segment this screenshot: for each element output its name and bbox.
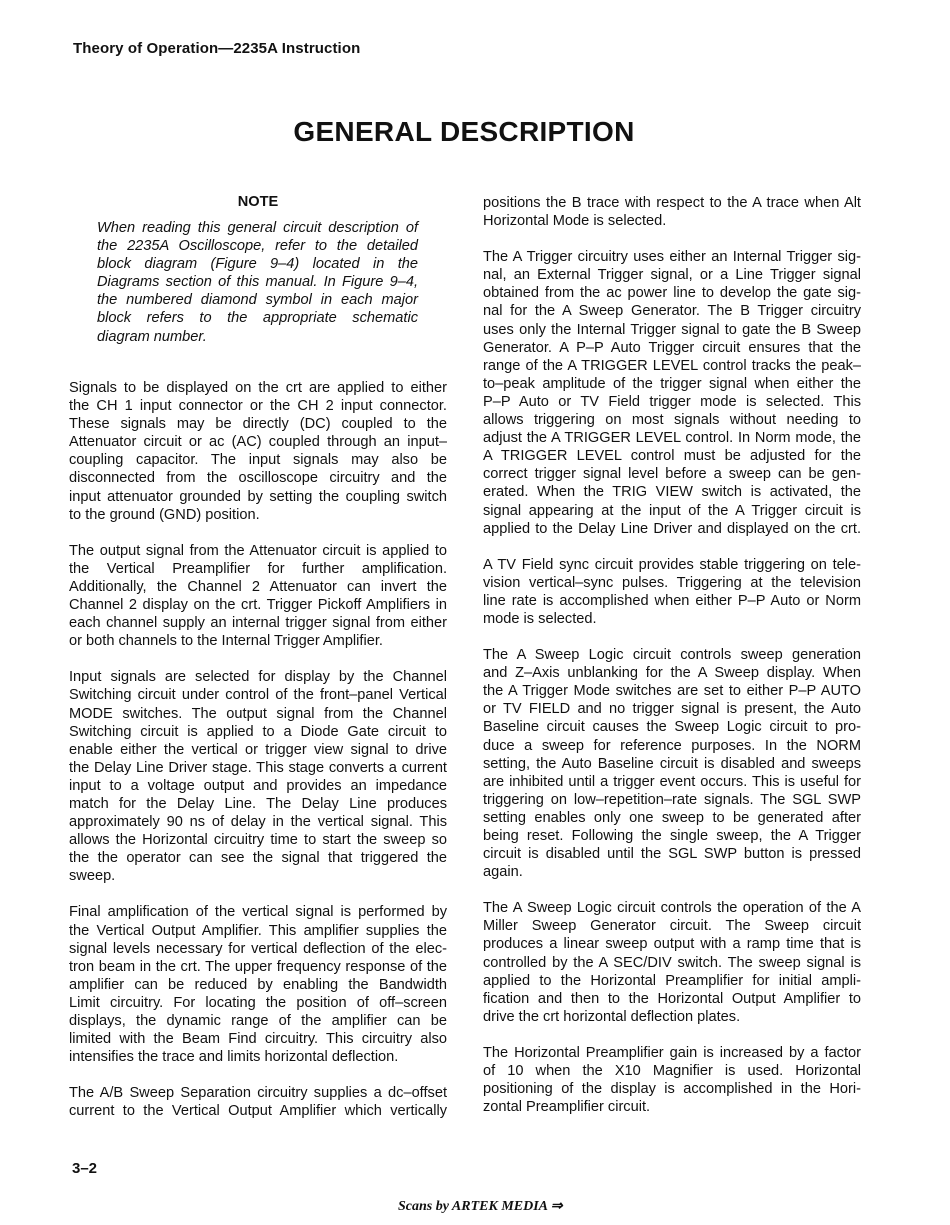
text-line: A TRIGGER LEVEL control must be adjusted…	[483, 447, 861, 465]
text-line: The output signal from the Attenuator ci…	[69, 542, 447, 560]
right-column: positions the B trace with respect to th…	[483, 194, 861, 1134]
text-line: current to the Vertical Output Amplifier…	[69, 1102, 447, 1120]
text-line: mode is selected.	[483, 610, 861, 628]
text-line: signal appearing at the input of the A T…	[483, 502, 861, 520]
text-line: Miller Sweep Generator circuit. The Swee…	[483, 917, 861, 935]
scan-credit: Scans by ARTEK MEDIA ⇒	[398, 1198, 562, 1215]
text-line: adjust the A TRIGGER LEVEL control. In N…	[483, 429, 861, 447]
text-line: limited with the Beam Find circuitry. Th…	[69, 1030, 447, 1048]
paragraph-a-trigger: The A Trigger circuitry uses either an I…	[483, 248, 861, 538]
page-title: GENERAL DESCRIPTION	[0, 116, 928, 148]
note-line: the 2235A Oscilloscope, refer to the det…	[97, 237, 418, 255]
note-line: Diagrams section of this manual. In Figu…	[97, 273, 418, 291]
paragraph-channel-switching: Input signals are selected for display b…	[69, 668, 447, 885]
note-body: When reading this general circuit descri…	[97, 219, 418, 346]
text-line: amplifier can be reduced by enabling the…	[69, 976, 447, 994]
text-line: Limit circuitry. For locating the positi…	[69, 994, 447, 1012]
text-line: of 10 when the X10 Magnifier is used. Ho…	[483, 1062, 861, 1080]
text-line: fication and then to the Horizontal Outp…	[483, 990, 861, 1008]
text-line: the CH 1 input connector or the CH 2 inp…	[69, 397, 447, 415]
text-line: Baseline circuit causes the Sweep Logic …	[483, 718, 861, 736]
text-line: tron beam in the crt. The upper frequenc…	[69, 958, 447, 976]
text-line: The A/B Sweep Separation circuitry suppl…	[69, 1084, 447, 1102]
text-line: the Delay Line Driver stage. This stage …	[69, 759, 447, 777]
note-heading: NOTE	[69, 194, 447, 210]
page-number: 3–2	[72, 1160, 97, 1177]
text-line: Additionally, the Channel 2 Attenuator c…	[69, 578, 447, 596]
text-line: vision vertical–sync pulses. Triggering …	[483, 574, 861, 592]
text-line: signal levels necessary for vertical def…	[69, 940, 447, 958]
note-block: NOTE When reading this general circuit d…	[69, 194, 447, 346]
note-line: block refers to the appropriate schemati…	[97, 309, 418, 327]
text-line: are inhibited until a trigger event occu…	[483, 773, 861, 791]
paragraph-sweep-separation-cont: positions the B trace with respect to th…	[483, 194, 861, 230]
text-line: Switching circuit under control of the f…	[69, 686, 447, 704]
text-line: enable either the vertical or trigger vi…	[69, 741, 447, 759]
text-line: match for the Delay Line. The Delay Line…	[69, 795, 447, 813]
text-line: line rate is accomplished when either P–…	[483, 592, 861, 610]
paragraph-signals-input: Signals to be displayed on the crt are a…	[69, 379, 447, 524]
text-line: to the ground (GND) position.	[69, 506, 447, 524]
text-line: Input signals are selected for display b…	[69, 668, 447, 686]
text-line: coupling capacitor. The input signals ma…	[69, 451, 447, 469]
text-line: The A Trigger circuitry uses either an I…	[483, 248, 861, 266]
text-line: the Vertical Preamplifier for further am…	[69, 560, 447, 578]
text-line: obtained from the ac power line to devel…	[483, 284, 861, 302]
text-line: displays, the dynamic range of the ampli…	[69, 1012, 447, 1030]
text-line: erated. When the TRIG VIEW switch is act…	[483, 483, 861, 501]
text-line: allows triggering on most signals withou…	[483, 411, 861, 429]
note-line: diagram number.	[97, 328, 418, 346]
text-line: Horizontal Mode is selected.	[483, 212, 861, 230]
text-line: Generator. A P–P Auto Trigger circuit en…	[483, 339, 861, 357]
text-line: nal for the A Sweep Generator. The B Tri…	[483, 302, 861, 320]
note-line: When reading this general circuit descri…	[97, 219, 418, 237]
paragraph-sweep-logic: The A Sweep Logic circuit controls sweep…	[483, 646, 861, 881]
text-line: intensifies the trace and limits horizon…	[69, 1048, 447, 1066]
text-line: Signals to be displayed on the crt are a…	[69, 379, 447, 397]
text-line: Channel 2 display on the crt. Trigger Pi…	[69, 596, 447, 614]
paragraph-tv-field: A TV Field sync circuit provides stable …	[483, 556, 861, 628]
text-line: and Z–Axis unblanking for the A Sweep di…	[483, 664, 861, 682]
text-line: drive the crt horizontal deflection plat…	[483, 1008, 861, 1026]
paragraph-sweep-separation: The A/B Sweep Separation circuitry suppl…	[69, 1084, 447, 1120]
text-line: positioning of the display is accomplish…	[483, 1080, 861, 1098]
text-line: uses only the Internal Trigger signal to…	[483, 321, 861, 339]
text-line: The A Sweep Logic circuit controls the o…	[483, 899, 861, 917]
text-line: zontal Preamplifier circuit.	[483, 1098, 861, 1116]
left-column: Signals to be displayed on the crt are a…	[69, 379, 447, 1138]
text-line: circuit is disabled until the SGL SWP bu…	[483, 845, 861, 863]
note-line: block diagram (Figure 9–4) located in th…	[97, 255, 418, 273]
text-line: produces a linear sweep output with a ra…	[483, 935, 861, 953]
text-line: Switching circuit is applied to a Diode …	[69, 723, 447, 741]
text-line: again.	[483, 863, 861, 881]
paragraph-vertical-output: Final amplification of the vertical sign…	[69, 903, 447, 1066]
text-line: range of the A TRIGGER LEVEL control tra…	[483, 357, 861, 375]
note-line: the numbered diamond symbol in each majo…	[97, 291, 418, 309]
text-line: disconnected from the oscilloscope circu…	[69, 469, 447, 487]
text-line: sweep.	[69, 867, 447, 885]
text-line: allows the Horizontal circuitry time to …	[69, 831, 447, 849]
text-line: The A Sweep Logic circuit controls sweep…	[483, 646, 861, 664]
text-line: controlled by the A SEC/DIV switch. The …	[483, 954, 861, 972]
text-line: input attenuator grounded by setting the…	[69, 488, 447, 506]
text-line: A TV Field sync circuit provides stable …	[483, 556, 861, 574]
text-line: approximately 90 ns of delay in the vert…	[69, 813, 447, 831]
text-line: MODE switches. The output signal from th…	[69, 705, 447, 723]
text-line: correct trigger signal level before a sw…	[483, 465, 861, 483]
text-line: nal, an External Trigger signal, or a Li…	[483, 266, 861, 284]
running-header: Theory of Operation—2235A Instruction	[73, 40, 360, 57]
text-line: Attenuator circuit or ac (AC) coupled th…	[69, 433, 447, 451]
text-line: each channel supply an internal trigger …	[69, 614, 447, 632]
text-line: the the operator can see the signal that…	[69, 849, 447, 867]
paragraph-attenuator-output: The output signal from the Attenuator ci…	[69, 542, 447, 651]
text-line: applied to the Horizontal Preamplifier f…	[483, 972, 861, 990]
text-line: or both channels to the Internal Trigger…	[69, 632, 447, 650]
text-line: the A Trigger Mode switches are set to e…	[483, 682, 861, 700]
paragraph-miller-sweep: The A Sweep Logic circuit controls the o…	[483, 899, 861, 1026]
text-line: triggering on low–repetition–rate signal…	[483, 791, 861, 809]
text-line: being reset. Following the single sweep,…	[483, 827, 861, 845]
text-line: P–P Auto or TV Field trigger mode is sel…	[483, 393, 861, 411]
text-line: setting enables only one sweep to be gen…	[483, 809, 861, 827]
text-line: setting, the Auto Baseline circuit is di…	[483, 755, 861, 773]
text-line: Final amplification of the vertical sign…	[69, 903, 447, 921]
text-line: The Horizontal Preamplifier gain is incr…	[483, 1044, 861, 1062]
text-line: to–peak amplitude of the trigger signal …	[483, 375, 861, 393]
text-line: applied to the Delay Line Driver and dis…	[483, 520, 861, 538]
paragraph-horizontal-preamp: The Horizontal Preamplifier gain is incr…	[483, 1044, 861, 1116]
text-line: These signals may be directly (DC) coupl…	[69, 415, 447, 433]
text-line: input to a voltage output and provides a…	[69, 777, 447, 795]
text-line: or TV FIELD and no trigger signal is pre…	[483, 700, 861, 718]
text-line: duce a sweep for reference purposes. In …	[483, 737, 861, 755]
text-line: the Vertical Output Amplifier. This ampl…	[69, 922, 447, 940]
text-line: positions the B trace with respect to th…	[483, 194, 861, 212]
